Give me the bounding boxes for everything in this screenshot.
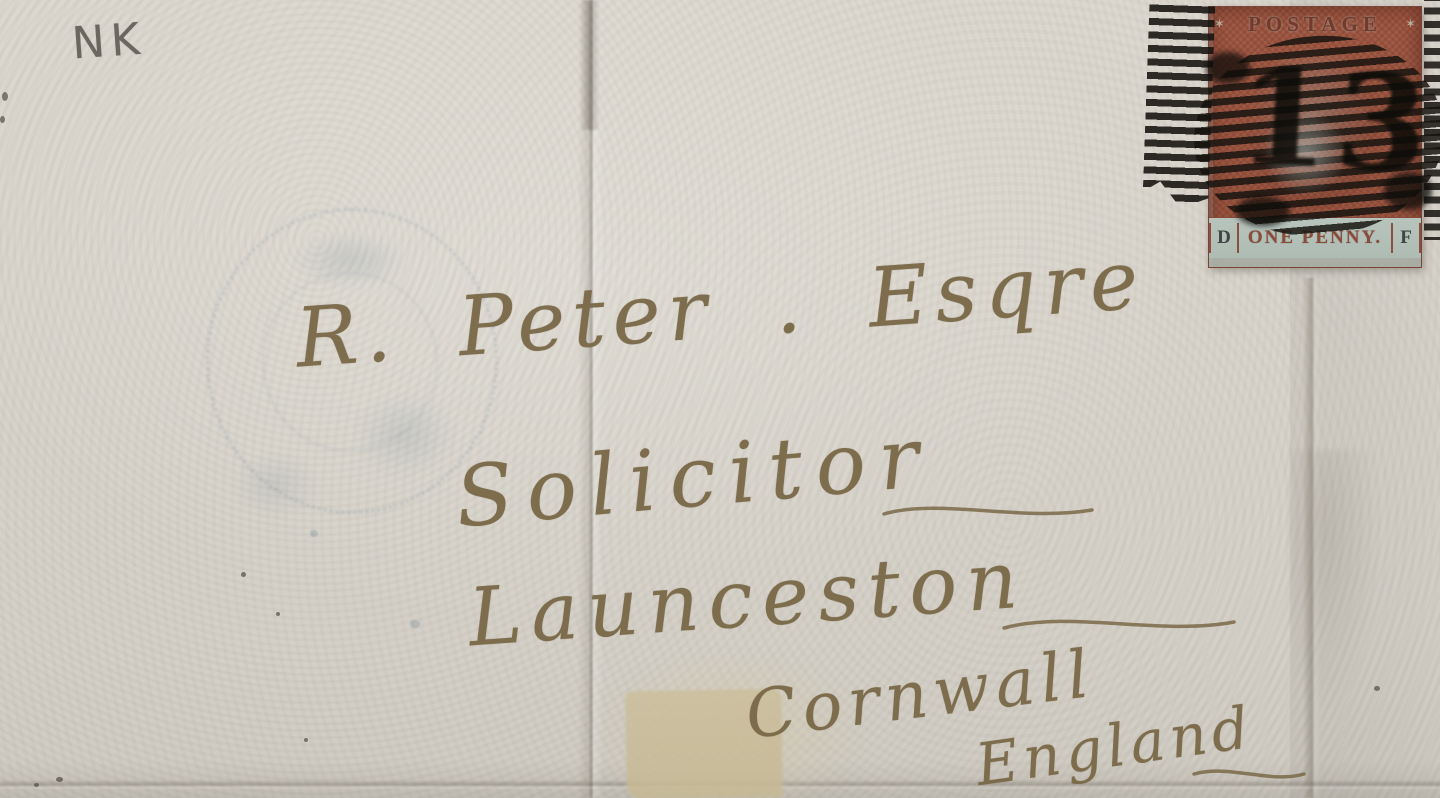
underline-flourish <box>1000 602 1240 646</box>
tail-flourish <box>1190 760 1310 790</box>
envelope-scan: NK R. Peter . Esqre Solicitor Launceston… <box>0 0 1440 798</box>
smudge-right-side <box>1290 450 1380 710</box>
star-ornament-icon: ✶ <box>1214 17 1225 32</box>
postmark-smudge <box>290 230 410 290</box>
postmark-smudge <box>230 450 320 520</box>
underline-flourish <box>880 492 1100 532</box>
cancel-numerals: 13 <box>1234 39 1438 204</box>
address-line-occupation: Solicitor <box>452 407 936 546</box>
stamp-blued-margin <box>1209 258 1421 267</box>
edge-mark <box>2 92 8 101</box>
stamp-corner-letter-left: D <box>1209 223 1239 253</box>
address-line-town: Launceston <box>465 533 1029 665</box>
pencil-annotation: NK <box>70 13 147 69</box>
star-ornament-icon: ✶ <box>1405 17 1416 32</box>
ink-speck <box>56 777 63 782</box>
ink-speck <box>34 783 39 787</box>
paper-fleck <box>241 572 246 577</box>
stamp-postage-label: POSTAGE <box>1248 12 1382 37</box>
edge-mark <box>0 116 5 123</box>
stamp-corner-letter-right: F <box>1391 223 1421 253</box>
cancel-ink-blotch <box>1236 196 1290 226</box>
postmark-speck <box>310 530 318 537</box>
postmark-speck <box>410 620 420 628</box>
ink-speck <box>1374 686 1380 691</box>
paper-fleck <box>304 738 308 742</box>
postmark-smudge <box>350 390 460 480</box>
paper-fleck <box>276 612 280 616</box>
fold-crease-vertical-left-top <box>580 0 600 130</box>
